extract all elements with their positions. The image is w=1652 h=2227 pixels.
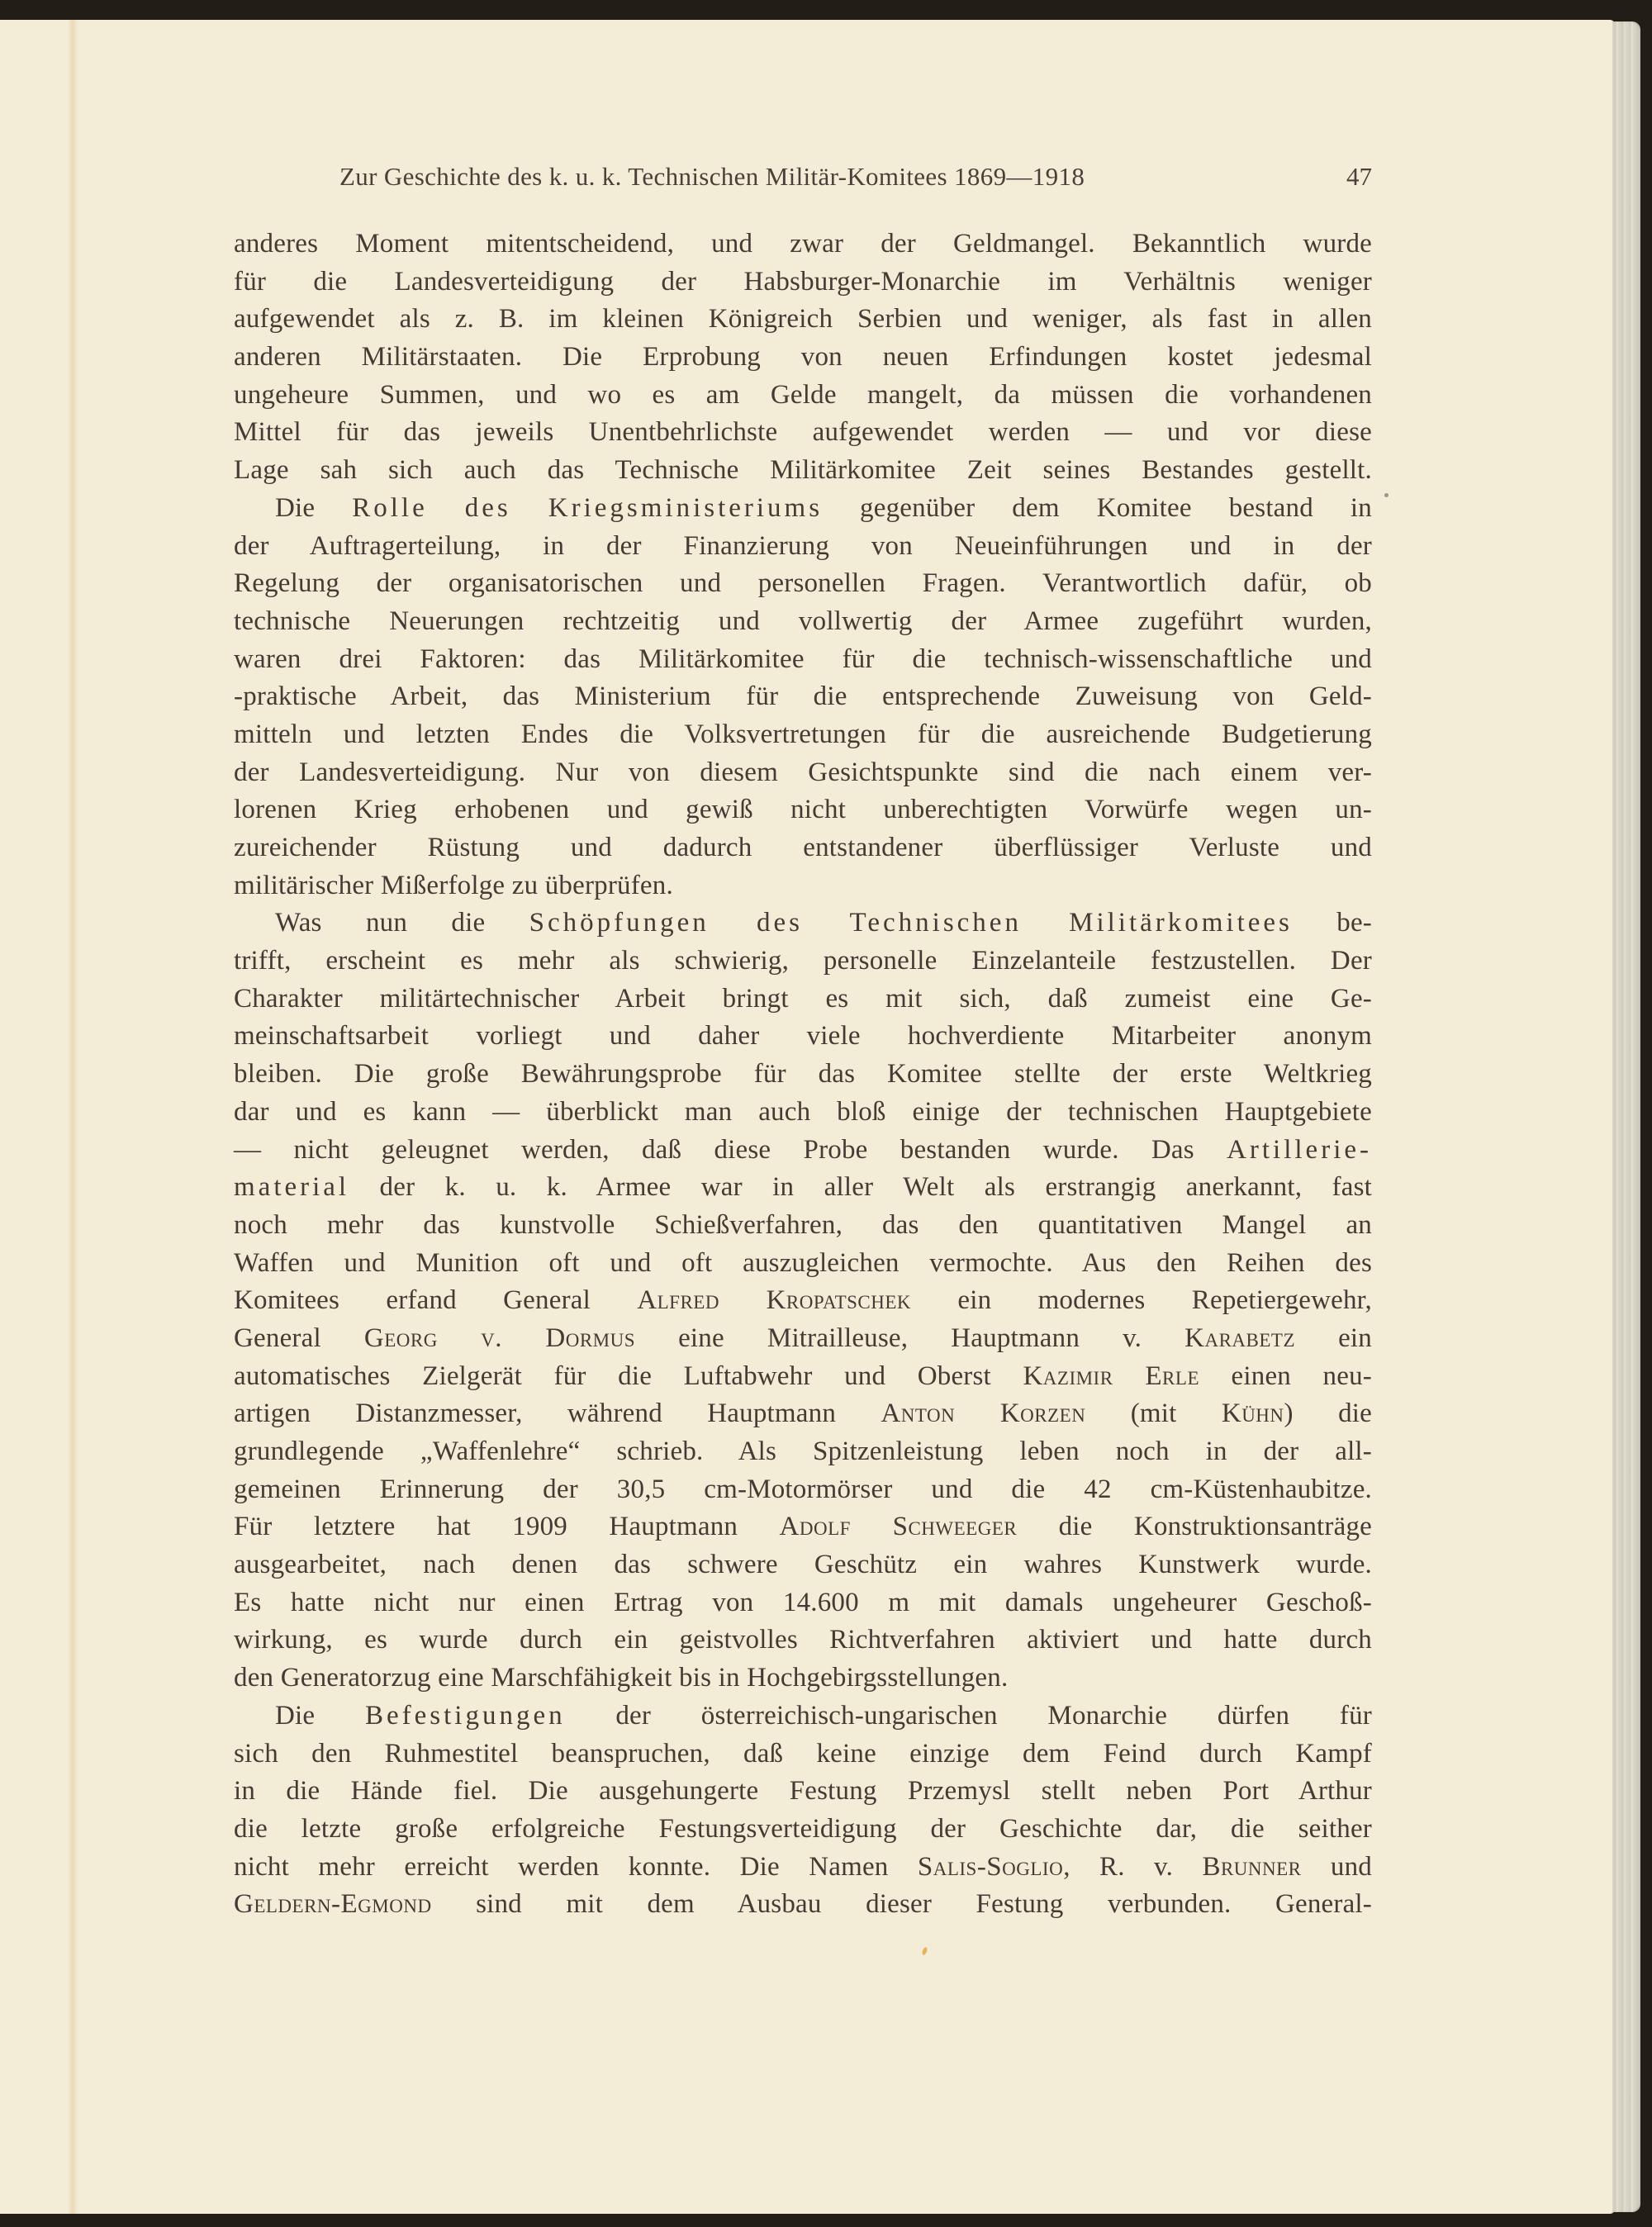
- text-run: der österreichisch-ungarischen Monarchie…: [566, 1701, 1372, 1731]
- text-run: ein modernes Repetiergewehr,: [911, 1285, 1372, 1315]
- text-line: bleiben. Die große Bewährungsprobe für d…: [234, 1056, 1372, 1094]
- text-run: [428, 493, 465, 523]
- person-name: Kühn: [1222, 1398, 1284, 1428]
- paragraph-2: Die Rolle des Kriegsministeriums gegenüb…: [234, 490, 1372, 905]
- running-head: Zur Geschichte des k. u. k. Technischen …: [339, 162, 1372, 195]
- spaced-emphasis: Schöpfungen des Technischen Militärkomit…: [529, 908, 1293, 938]
- text-line: technische Neuerungen rechtzeitig und vo…: [234, 603, 1372, 641]
- spaced-emphasis: Artillerie-: [1227, 1135, 1372, 1165]
- text-line: in die Hände fiel. Die ausgehungerte Fes…: [234, 1773, 1372, 1811]
- text-run: und: [1302, 1852, 1372, 1882]
- text-run: General: [234, 1323, 364, 1353]
- text-line: mitteln und letzten Endes die Volksvertr…: [234, 716, 1372, 754]
- paragraph-3: Was nun die Schöpfungen des Technischen …: [234, 905, 1372, 1697]
- text-line: anderes Moment mitentscheidend, und zwar…: [234, 226, 1372, 264]
- text-run: Die: [275, 1701, 365, 1731]
- text-line: ausgearbeitet, nach denen das schwere Ge…: [234, 1546, 1372, 1584]
- text-run: automatisches Zielgerät für die Luftabwe…: [234, 1361, 1023, 1391]
- text-run: Was nun die: [275, 908, 529, 938]
- text-line: trifft, erscheint es mehr als schwierig,…: [234, 943, 1372, 981]
- person-name: Brunner: [1202, 1852, 1301, 1882]
- person-name: Georg v. Dormus: [364, 1323, 635, 1353]
- text-line: General Georg v. Dormus eine Mitrailleus…: [234, 1320, 1372, 1358]
- person-name: Salis-Soglio: [918, 1852, 1063, 1882]
- person-name: Kazimir Erle: [1023, 1361, 1199, 1391]
- text-run: [511, 493, 548, 523]
- text-line: Geldern-Egmond sind mit dem Ausbau diese…: [234, 1886, 1372, 1924]
- text-run: Die: [275, 493, 352, 523]
- text-run: Für letztere hat 1909 Hauptmann: [234, 1512, 780, 1541]
- page-stack-edge: [1612, 21, 1640, 2212]
- text-line: Es hatte nicht nur einen Ertrag von 14.6…: [234, 1584, 1372, 1622]
- text-run: — nicht geleugnet werden, daß diese Prob…: [234, 1135, 1227, 1165]
- text-line: nicht mehr erreicht werden konnte. Die N…: [234, 1849, 1372, 1887]
- text-run: artigen Distanzmesser, während Hauptmann: [234, 1398, 881, 1428]
- spaced-emphasis: des: [465, 493, 511, 523]
- paragraph-1: anderes Moment mitentscheidend, und zwar…: [234, 226, 1372, 490]
- spaced-emphasis: Kriegsministeriums: [548, 493, 823, 523]
- text-line: — nicht geleugnet werden, daß diese Prob…: [234, 1132, 1372, 1170]
- text-run: be-: [1293, 908, 1372, 938]
- running-head-title: Zur Geschichte des k. u. k. Technischen …: [339, 162, 1085, 192]
- text-line: Für letztere hat 1909 Hauptmann Adolf Sc…: [234, 1508, 1372, 1546]
- text-line: Lage sah sich auch das Technische Militä…: [234, 452, 1372, 490]
- text-line: den Generatorzug eine Marschfähigkeit bi…: [234, 1660, 1372, 1698]
- text-line: für die Landesverteidigung der Habsburge…: [234, 264, 1372, 302]
- text-run: nicht mehr erreicht werden konnte. Die N…: [234, 1852, 918, 1882]
- text-line: Die Rolle des Kriegsministeriums gegenüb…: [234, 490, 1372, 528]
- text-line: der Landesverteidigung. Nur von diesem G…: [234, 754, 1372, 792]
- text-run: der k. u. k. Armee war in aller Welt als…: [349, 1172, 1372, 1202]
- spaced-emphasis: Rolle: [352, 493, 428, 523]
- text-line: Was nun die Schöpfungen des Technischen …: [234, 905, 1372, 943]
- person-name: Alfred Kropatschek: [637, 1285, 911, 1315]
- text-run: (mit: [1085, 1398, 1222, 1428]
- gutter-fold: [68, 20, 78, 2214]
- paragraph-4: Die Befestigungen der österreichisch-ung…: [234, 1698, 1372, 1924]
- text-line: sich den Ruhmestitel beanspruchen, daß k…: [234, 1736, 1372, 1774]
- text-run: ) die: [1284, 1398, 1372, 1428]
- text-line: Charakter militärtechnischer Arbeit brin…: [234, 981, 1372, 1019]
- text-line: noch mehr das kunstvolle Schießverfahren…: [234, 1207, 1372, 1245]
- text-line: meinschaftsarbeit vorliegt und daher vie…: [234, 1018, 1372, 1056]
- text-run: gegenüber dem Komitee bestand in: [823, 493, 1372, 523]
- person-name: Karabetz: [1184, 1323, 1295, 1353]
- text-line: ungeheure Summen, und wo es am Gelde man…: [234, 377, 1372, 415]
- body-text: anderes Moment mitentscheidend, und zwar…: [234, 226, 1372, 1924]
- text-line: lorenen Krieg erhobenen und gewiß nicht …: [234, 791, 1372, 829]
- text-line: material der k. u. k. Armee war in aller…: [234, 1169, 1372, 1207]
- text-line: dar und es kann — überblickt man auch bl…: [234, 1094, 1372, 1132]
- text-line: automatisches Zielgerät für die Luftabwe…: [234, 1358, 1372, 1396]
- text-run: die Konstruktionsanträge: [1017, 1512, 1372, 1541]
- text-run: Komitees erfand General: [234, 1285, 637, 1315]
- text-line: artigen Distanzmesser, während Hauptmann…: [234, 1395, 1372, 1433]
- text-line: Mittel für das jeweils Unentbehrlichste …: [234, 414, 1372, 452]
- text-line: militärischer Mißerfolge zu überprüfen.: [234, 867, 1372, 905]
- text-run: ein: [1295, 1323, 1372, 1353]
- text-line: der Auftragerteilung, in der Finanzierun…: [234, 528, 1372, 566]
- text-line: Regelung der organisatorischen und perso…: [234, 565, 1372, 603]
- text-line: zureichender Rüstung und dadurch entstan…: [234, 829, 1372, 867]
- spaced-emphasis: Befestigungen: [365, 1701, 566, 1731]
- person-name: Anton Korzen: [881, 1398, 1085, 1428]
- text-line: -praktische Arbeit, das Ministerium für …: [234, 678, 1372, 716]
- text-line: gemeinen Erinnerung der 30,5 cm-Motormör…: [234, 1471, 1372, 1509]
- text-run: , R. v.: [1063, 1852, 1202, 1882]
- text-run: sind mit dem Ausbau dieser Festung verbu…: [432, 1889, 1372, 1919]
- text-line: grundlegende „Waffenlehre“ schrieb. Als …: [234, 1433, 1372, 1471]
- text-run: einen neu-: [1199, 1361, 1372, 1391]
- text-line: Waffen und Munition oft und oft auszugle…: [234, 1245, 1372, 1283]
- text-line: Die Befestigungen der österreichisch-ung…: [234, 1698, 1372, 1736]
- text-line: wirkung, es wurde durch ein geistvolles …: [234, 1622, 1372, 1660]
- spaced-emphasis: material: [234, 1172, 349, 1202]
- page-number: 47: [1346, 162, 1372, 192]
- text-line: waren drei Faktoren: das Militärkomitee …: [234, 641, 1372, 679]
- text-line: anderen Militärstaaten. Die Erprobung vo…: [234, 339, 1372, 377]
- person-name: Geldern-Egmond: [234, 1889, 432, 1919]
- text-line: Komitees erfand General Alfred Kropatsch…: [234, 1282, 1372, 1320]
- text-run: eine Mitrailleuse, Hauptmann v.: [635, 1323, 1184, 1353]
- text-line: aufgewendet als z. B. im kleinen Königre…: [234, 301, 1372, 339]
- paper-speck: [1384, 493, 1389, 497]
- text-line: die letzte große erfolgreiche Festungsve…: [234, 1811, 1372, 1849]
- person-name: Adolf Schweeger: [780, 1512, 1018, 1541]
